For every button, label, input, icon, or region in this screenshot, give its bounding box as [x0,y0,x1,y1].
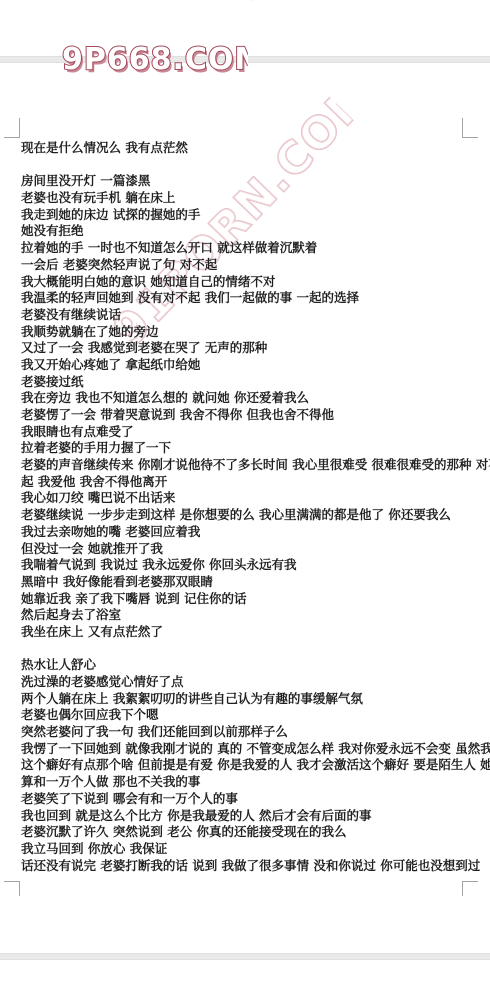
site-logo-watermark: 9P668.COM 9P668.COM [58,33,248,83]
text-line: 我喘着气说到 我说过 我永远爱你 你回头永远有我 [21,557,481,574]
text-line: 老婆也没有玩手机 躺在床上 [21,190,481,207]
text-line: 我过去亲吻她的嘴 老婆回应着我 [21,524,481,541]
text-line: 我在旁边 我也不知道怎么想的 就问她 你还爱着我么 [21,390,481,407]
text-line: 老婆没有继续说话 [21,307,481,324]
text-line: 我坐在床上 又有点茫然了 [21,624,481,641]
text-line: 她没有拒绝 [21,223,481,240]
text-line: 我大概能明白她的意识 她知道自己的情绪不对 [21,274,481,291]
text-line: 这个癖好有点那个啥 但前提是有爱 你是我爱的人 我才会激活这个癖好 要是陌生人 … [21,757,481,774]
text-line: 算和一万个人做 那也不关我的事 [21,774,481,791]
crop-mark-top-right [462,118,478,138]
text-line: 热水让人舒心 [21,657,481,674]
text-line: 我心如刀绞 嘴巴说不出话来 [21,490,481,507]
text-line: 话还没有说完 老婆打断我的话 说到 我做了很多事情 没和你说过 你可能也没想到过 [21,858,481,875]
text-line: 拉着老婆的手用力握了一下 [21,440,481,457]
text-line: 然后起身去了浴室 [21,607,481,624]
text-line: 老婆也偶尔回应我下个嗯 [21,707,481,724]
blank-line [21,641,481,658]
text-line: 拉着她的手 一时也不知道怎么开口 就这样做着沉默着 [21,240,481,257]
text-line: 我愣了一下回她到 就像我刚才说的 真的 不管变成怎么样 我对你爱永远不会变 虽然… [21,741,481,758]
text-line: 老婆笑了下说到 哪会有和一万个人的事 [21,791,481,808]
text-line: 起 我爱他 我舍不得他离开 [21,474,481,491]
text-line: 现在是什么情况么 我有点茫然 [21,140,481,157]
text-line: 老婆沉默了许久 突然说到 老公 你真的还能接受现在的我么 [21,824,481,841]
text-line: 她靠近我 亲了我下嘴唇 说到 记住你的话 [21,591,481,608]
text-line: 我温柔的轻声回她到 没有对不起 我们一起做的事 一起的选择 [21,290,481,307]
text-line: 两个人躺在床上 我絮絮叨叨的讲些自己认为有趣的事缓解气氛 [21,691,481,708]
text-line: 老婆愣了一会 带着哭意说到 我舍不得你 但我也舍不得他 [21,407,481,424]
text-line: 我也回到 就是这么个比方 你是我最爱的人 然后才会有后面的事 [21,808,481,825]
text-line: 老婆的声音继续传来 你刚才说他待不了多长时间 我心里很难受 很难很难受的那种 对… [21,457,481,474]
partial-watermark-text: 91PORN.COM [222,0,485,11]
body-text: 现在是什么情况么 我有点茫然 房间里没开灯 一篇漆黑老婆也没有玩手机 躺在床上我… [21,140,481,874]
text-line: 房间里没开灯 一篇漆黑 [21,173,481,190]
text-line: 一会后 老婆突然轻声说了句 对不起 [21,257,481,274]
crop-mark-top-left [4,118,20,138]
page-separator-bottom [0,953,490,960]
text-line: 我走到她的床边 试探的握她的手 [21,207,481,224]
text-line: 洗过澡的老婆感觉心情好了点 [21,674,481,691]
text-line: 又过了一会 我感觉到老婆在哭了 无声的那种 [21,340,481,357]
partial-watermark-top: 91PORN.COM [216,0,484,17]
text-line: 我顺势就躺在了她的旁边 [21,324,481,341]
text-line: 老婆接过纸 [21,374,481,391]
text-line: 我又开始心疼她了 拿起纸巾给她 [21,357,481,374]
crop-mark-bottom-left [4,881,20,896]
text-line: 突然老婆问了我一句 我们还能回到以前那样子么 [21,724,481,741]
crop-mark-bottom-right [462,881,478,896]
text-line: 黑暗中 我好像能看到老婆那双眼睛 [21,574,481,591]
text-line: 老婆继续说 一步步走到这样 是你想要的么 我心里满满的都是他了 你还要我么 [21,507,481,524]
site-logo-text: 9P668.COM [62,42,248,77]
blank-line [21,157,481,174]
text-line: 我眼睛也有点难受了 [21,424,481,441]
text-line: 我立马回到 你放心 我保证 [21,841,481,858]
document-page: 91PORN.COM 91PORN.COM 9P668.COM 9P668.CO… [0,0,490,1000]
text-line: 但没过一会 她就推开了我 [21,541,481,558]
